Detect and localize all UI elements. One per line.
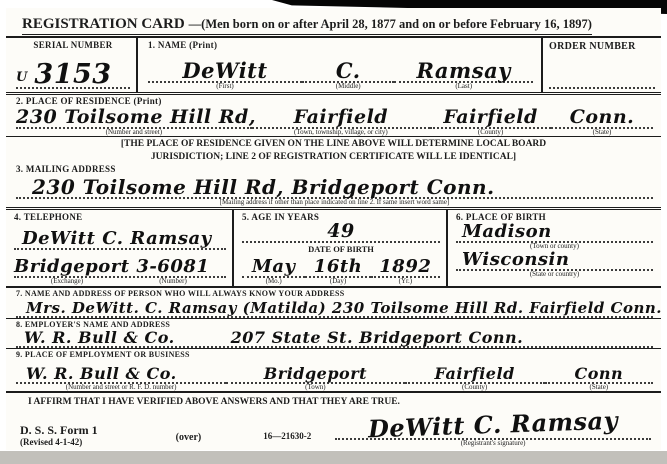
birth-state-sublabel: (State or country) — [456, 271, 653, 278]
order-number-label: ORDER NUMBER — [549, 41, 655, 52]
row-serial-name-order: SERIAL NUMBER U 3153 1. NAME (Print) DeW… — [6, 38, 661, 95]
telephone-number-value: Bridgeport 3-6081 — [14, 258, 209, 276]
residence-state-field: Conn. (State) — [551, 108, 653, 136]
dob-day-value: 16th — [305, 258, 370, 278]
employment-label: 9. PLACE OF EMPLOYMENT OR BUSINESS — [16, 350, 653, 359]
residence-county-field: Fairfield (County) — [430, 108, 551, 136]
jurisdiction-warning: [THE PLACE OF RESIDENCE GIVEN ON THE LIN… — [6, 137, 661, 164]
first-name-value: DeWitt — [148, 60, 302, 83]
telephone-name-value: DeWitt C. Ramsay — [22, 230, 212, 248]
first-name-field: DeWitt (First) — [148, 60, 302, 90]
serial-number-value: 3153 — [34, 63, 111, 87]
residence-town-value: Fairfield — [252, 108, 430, 129]
row-residence: 2. PLACE OF RESIDENCE (Print) 230 Toilso… — [6, 95, 661, 137]
employment-state-sublabel: (State) — [545, 384, 653, 391]
card-subtitle: —(Men born on or after April 28, 1877 an… — [189, 17, 592, 31]
form-id-block: D. S. S. Form 1 (Revised 4-1-42) — [20, 424, 98, 447]
employment-town-sublabel: (Town) — [226, 384, 404, 391]
row-contact-person: 7. NAME AND ADDRESS OF PERSON WHO WILL A… — [6, 288, 661, 319]
scan-artifact-bottom — [0, 451, 667, 464]
age-cell: 5. AGE IN YEARS 49 DATE OF BIRTH May (Mo… — [234, 210, 448, 286]
employer-field: W. R. Bull & Co. 207 State St. Bridgepor… — [16, 329, 653, 348]
first-name-sublabel: (First) — [148, 83, 302, 90]
card-header-line: REGISTRATION CARD —(Men born on or after… — [22, 15, 592, 35]
employment-name-sublabel: (Number and street or R. F. D. number) — [16, 384, 226, 391]
serial-number-cell: SERIAL NUMBER U 3153 — [6, 38, 136, 92]
order-number-cell: ORDER NUMBER — [543, 38, 661, 92]
place-of-birth-cell: 6. PLACE OF BIRTH Madison (Town or count… — [448, 210, 661, 286]
middle-name-sublabel: (Middle) — [302, 83, 394, 90]
middle-name-field: C. (Middle) — [302, 60, 394, 90]
employment-state-field: Conn (State) — [545, 366, 653, 391]
jurisdiction-warning-line2: JURISDICTION; LINE 2 OF REGISTRATION CER… — [6, 151, 661, 164]
telephone-cell: 4. TELEPHONE DeWitt C. Ramsay Bridgeport… — [6, 210, 234, 286]
order-number-field — [549, 52, 655, 89]
employment-fields: W. R. Bull & Co. (Number and street or R… — [16, 359, 653, 391]
registrant-signature-value: DeWitt C. Ramsay — [368, 410, 619, 442]
row-place-of-employment: 9. PLACE OF EMPLOYMENT OR BUSINESS W. R.… — [6, 349, 661, 393]
row-employer: 8. EMPLOYER'S NAME AND ADDRESS W. R. Bul… — [6, 319, 661, 349]
employer-address-value: 207 State St. Bridgeport Conn. — [231, 330, 524, 346]
employment-county-field: Fairfield (County) — [405, 366, 545, 391]
affirmation-text: I AFFIRM THAT I HAVE VERIFIED ABOVE ANSW… — [28, 397, 400, 407]
name-fields: DeWitt (First) C. (Middle) Ramsay (Last) — [148, 50, 533, 90]
residence-state-sublabel: (State) — [551, 129, 653, 136]
birth-state-value: Wisconsin — [462, 251, 569, 269]
birth-town-value: Madison — [462, 223, 552, 241]
form-number: D. S. S. Form 1 — [20, 424, 98, 437]
birth-town-field: Madison — [456, 223, 653, 243]
dob-month-sublabel: (Mo.) — [242, 278, 305, 285]
name-cell: 1. NAME (Print) DeWitt (First) C. (Middl… — [136, 38, 543, 92]
dob-year-sublabel: (Yr.) — [371, 278, 440, 285]
over-note: (over) — [176, 432, 202, 443]
card-header: REGISTRATION CARD —(Men born on or after… — [6, 8, 661, 38]
employer-name-value: W. R. Bull & Co. — [24, 330, 175, 346]
residence-county-value: Fairfield — [430, 108, 551, 129]
mailing-address-value: 230 Toilsome Hill Rd, Bridgeport Conn. — [32, 177, 495, 197]
middle-name-value: C. — [302, 60, 394, 83]
residence-town-sublabel: (Town, township, village, or city) — [252, 129, 430, 136]
telephone-number-field: Bridgeport 3-6081 — [14, 250, 226, 278]
dob-day-field: 16th (Day) — [305, 258, 370, 285]
residence-county-sublabel: (County) — [430, 129, 551, 136]
registration-card: REGISTRATION CARD —(Men born on or after… — [6, 8, 661, 450]
serial-number-field: U 3153 — [16, 50, 130, 89]
telephone-sublabels: (Exchange) (Number) — [14, 278, 226, 285]
residence-street-value: 230 Toilsome Hill Rd, — [16, 108, 252, 129]
employment-town-value: Bridgeport — [226, 366, 404, 384]
card-title: REGISTRATION CARD — [22, 16, 185, 32]
telephone-exchange-sublabel: (Exchange) — [14, 278, 120, 285]
employment-county-sublabel: (County) — [405, 384, 545, 391]
signature-block: DeWitt C. Ramsay (Registrant's signature… — [335, 414, 651, 447]
employment-town-field: Bridgeport (Town) — [226, 366, 404, 391]
age-field: 49 — [242, 222, 440, 243]
last-name-sublabel: (Last) — [394, 83, 533, 90]
telephone-number-sublabel: (Number) — [120, 278, 226, 285]
name-label: 1. NAME (Print) — [148, 40, 533, 50]
registrant-signature-sublabel: (Registrant's signature) — [461, 440, 526, 447]
age-value: 49 — [327, 222, 354, 241]
row-mailing-address: 3. MAILING ADDRESS 230 Toilsome Hill Rd,… — [6, 164, 661, 210]
dob-year-value: 1892 — [371, 258, 440, 278]
serial-prefix: U — [16, 70, 28, 85]
card-footer: D. S. S. Form 1 (Revised 4-1-42) (over) … — [6, 410, 661, 450]
mailing-address-note: [Mailing address if other than place ind… — [16, 199, 653, 206]
residence-street-sublabel: (Number and street) — [16, 129, 252, 136]
row-telephone-age-birth: 4. TELEPHONE DeWitt C. Ramsay Bridgeport… — [6, 210, 661, 288]
residence-street-field: 230 Toilsome Hill Rd, (Number and street… — [16, 108, 252, 136]
mailing-address-field: 230 Toilsome Hill Rd, Bridgeport Conn. — [16, 174, 653, 199]
registration-card-scan: REGISTRATION CARD —(Men born on or after… — [0, 0, 667, 464]
form-revision: (Revised 4-1-42) — [20, 437, 98, 447]
residence-town-field: Fairfield (Town, township, village, or c… — [252, 108, 430, 136]
contact-person-field: Mrs. DeWitt. C. Ramsay (Matilda) 230 Toi… — [16, 298, 653, 318]
birth-state-field: Wisconsin — [456, 251, 653, 271]
dob-month-field: May (Mo.) — [242, 258, 305, 285]
employment-name-value: W. R. Bull & Co. — [16, 366, 226, 384]
registrant-signature-field: DeWitt C. Ramsay — [335, 414, 651, 440]
serial-number-label: SERIAL NUMBER — [14, 40, 132, 50]
jurisdiction-warning-line1: [THE PLACE OF RESIDENCE GIVEN ON THE LIN… — [6, 138, 661, 151]
print-code: 16—21630-2 — [263, 431, 311, 441]
telephone-name-field: DeWitt C. Ramsay — [14, 222, 226, 250]
contact-person-value: Mrs. DeWitt. C. Ramsay (Matilda) 230 Toi… — [26, 301, 662, 316]
employment-state-value: Conn — [545, 366, 653, 384]
dob-year-field: 1892 (Yr.) — [371, 258, 440, 285]
mailing-address-label: 3. MAILING ADDRESS — [16, 164, 653, 174]
employment-name-field: W. R. Bull & Co. (Number and street or R… — [16, 366, 226, 391]
last-name-value: Ramsay — [394, 60, 533, 83]
residence-label: 2. PLACE OF RESIDENCE (Print) — [16, 96, 653, 106]
telephone-label: 4. TELEPHONE — [14, 212, 226, 222]
contact-person-label: 7. NAME AND ADDRESS OF PERSON WHO WILL A… — [16, 289, 653, 298]
dob-month-value: May — [242, 258, 305, 278]
date-of-birth-label: DATE OF BIRTH — [242, 244, 440, 254]
employment-county-value: Fairfield — [405, 366, 545, 384]
last-name-field: Ramsay (Last) — [394, 60, 533, 90]
date-of-birth-fields: May (Mo.) 16th (Day) 1892 (Yr.) — [242, 254, 440, 285]
dob-day-sublabel: (Day) — [305, 278, 370, 285]
residence-fields: 230 Toilsome Hill Rd, (Number and street… — [16, 106, 653, 136]
residence-state-value: Conn. — [551, 108, 653, 129]
